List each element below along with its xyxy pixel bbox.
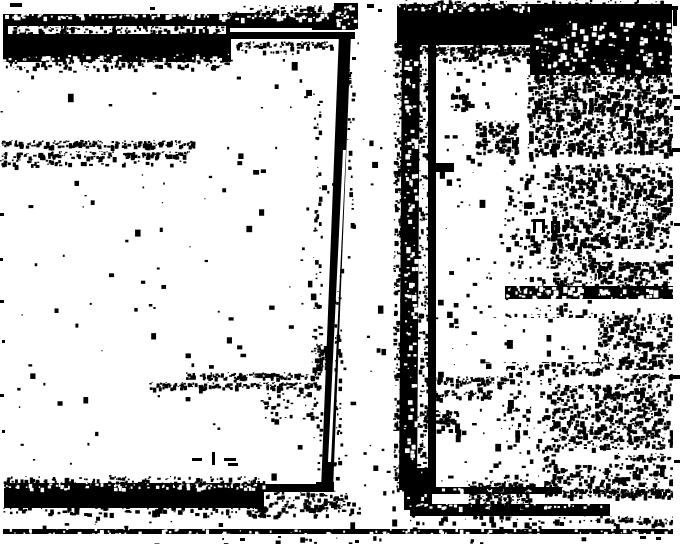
binarized-micrograph xyxy=(0,0,680,544)
micrograph-canvas xyxy=(0,0,680,544)
